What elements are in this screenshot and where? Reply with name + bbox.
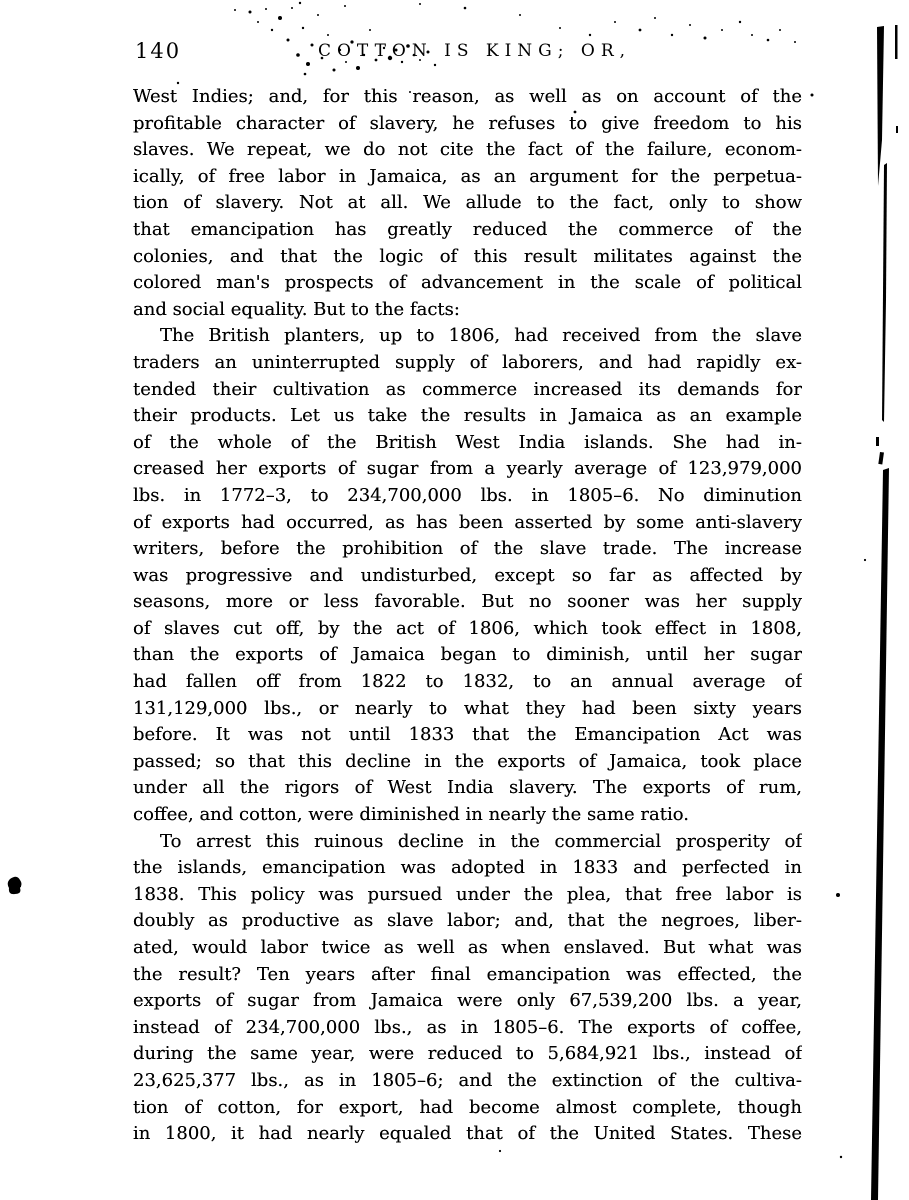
- text-line: lbs. in 1772–3, to 234,700,000 lbs. in 1…: [133, 483, 802, 510]
- text-line: traders an uninterrupted supply of labor…: [133, 350, 802, 377]
- text-line: exports of sugar from Jamaica were only …: [133, 988, 802, 1015]
- text-line: coffee, and cotton, were diminished in n…: [133, 802, 802, 829]
- page-header: 140 COTTON IS KING; OR,: [133, 36, 802, 70]
- text-line: 131,129,000 lbs., or nearly to what they…: [133, 696, 802, 723]
- text-line: instead of 234,700,000 lbs., as in 1805–…: [133, 1015, 802, 1042]
- text-line: the islands, emancipation was adopted in…: [133, 855, 802, 882]
- ink-blob: [8, 877, 22, 894]
- right-edge-binding-mark: [871, 25, 898, 1200]
- text-line: profitable character of slavery, he refu…: [133, 111, 802, 138]
- text-line: tion of slavery. Not at all. We allude t…: [133, 190, 802, 217]
- text-line: 23,625,377 lbs., as in 1805–6; and the e…: [133, 1068, 802, 1095]
- text-line: doubly as productive as slave labor; and…: [133, 908, 802, 935]
- text-line: ated, would labor twice as well as when …: [133, 935, 802, 962]
- text-line: passed; so that this decline in the expo…: [133, 749, 802, 776]
- text-line: ically, of free labor in Jamaica, as an …: [133, 164, 802, 191]
- text-line: that emancipation has greatly reduced th…: [133, 217, 802, 244]
- text-line: of slaves cut off, by the act of 1806, w…: [133, 616, 802, 643]
- text-line: writers, before the prohibition of the s…: [133, 536, 802, 563]
- text-line: creased her exports of sugar from a year…: [133, 456, 802, 483]
- text-line: seasons, more or less favorable. But no …: [133, 589, 802, 616]
- text-line: and social equality. But to the facts:: [133, 297, 802, 324]
- text-line: was progressive and undisturbed, except …: [133, 563, 802, 590]
- text-line: colored man's prospects of advancement i…: [133, 270, 802, 297]
- text-line: in 1800, it had nearly equaled that of t…: [133, 1121, 802, 1148]
- text-line: than the exports of Jamaica began to dim…: [133, 642, 802, 669]
- text-line: tion of cotton, for export, had become a…: [133, 1095, 802, 1122]
- text-line: slaves. We repeat, we do not cite the fa…: [133, 137, 802, 164]
- text-line: The British planters, up to 1806, had re…: [133, 323, 802, 350]
- text-line: 1838. This policy was pursued under the …: [133, 882, 802, 909]
- text-line: of exports had occurred, as has been ass…: [133, 510, 802, 537]
- book-page-scan: 140 COTTON IS KING; OR, West Indies; and…: [0, 0, 909, 1200]
- text-line: West Indies; and, for this reason, as we…: [133, 84, 802, 111]
- text-line: colonies, and that the logic of this res…: [133, 244, 802, 271]
- text-line: the result? Ten years after final emanci…: [133, 962, 802, 989]
- text-line: their products. Let us take the results …: [133, 403, 802, 430]
- text-line: To arrest this ruinous decline in the co…: [133, 829, 802, 856]
- text-line: of the whole of the British West India i…: [133, 430, 802, 457]
- running-title: COTTON IS KING; OR,: [133, 36, 802, 61]
- page-number: 140: [135, 39, 181, 63]
- text-line: tended their cultivation as commerce inc…: [133, 377, 802, 404]
- text-line: had fallen off from 1822 to 1832, to an …: [133, 669, 802, 696]
- text-line: under all the rigors of West India slave…: [133, 775, 802, 802]
- body-text: West Indies; and, for this reason, as we…: [133, 84, 802, 1148]
- text-line: before. It was not until 1833 that the E…: [133, 722, 802, 749]
- text-line: during the same year, were reduced to 5,…: [133, 1041, 802, 1068]
